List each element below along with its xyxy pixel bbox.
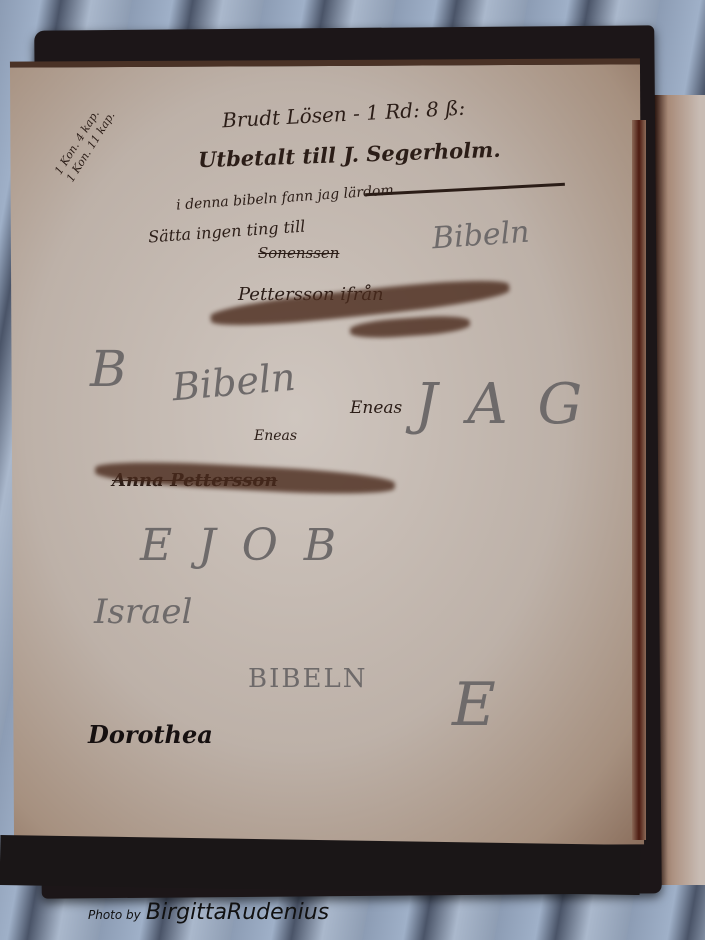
pencil-letter-e: E (452, 670, 496, 740)
eneas-2: Eneas (254, 428, 297, 444)
credit-name: BirgittaRudenius (146, 900, 329, 925)
inscription-struck-name: Sonenssen (258, 244, 339, 262)
pencil-bibeln-caps: BIBELN (248, 664, 367, 694)
book-gutter (632, 120, 646, 840)
pencil-israel: Israel (94, 592, 192, 632)
pencil-letters-jag: J A G (415, 372, 588, 437)
photo-credit: Photo by BirgittaRudenius (88, 900, 329, 925)
pencil-bibeln-top: Bibeln (431, 215, 531, 257)
eneas-1: Eneas (350, 398, 402, 418)
pencil-letter-b: B (90, 340, 127, 398)
credit-prefix: Photo by (88, 908, 141, 922)
pencil-letter-row: E J O B (140, 520, 342, 571)
cover-bottom-edge (0, 835, 640, 895)
ink-signature: Dorothea (88, 720, 213, 749)
